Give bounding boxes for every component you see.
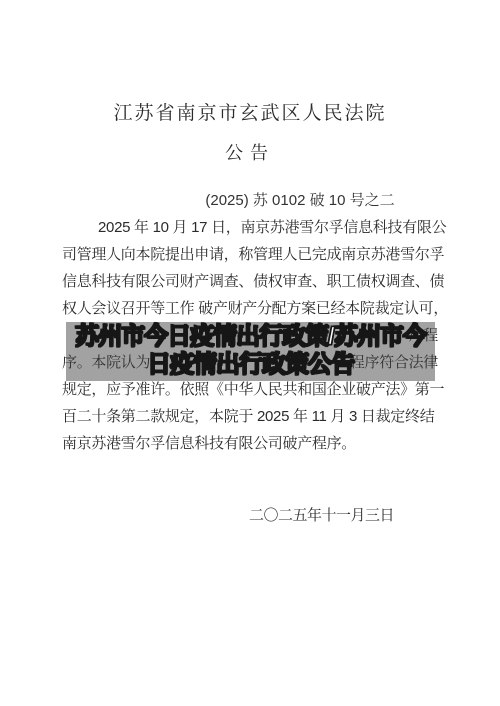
body-line: 南京苏港雪尔孚信息科技有限公司破产程序。 [62, 430, 438, 457]
body-line: 司管理人向本院提出申请，称管理人已完成南京苏港雪尔孚 [62, 241, 438, 268]
document-date: 二〇二五年十一月三日 [249, 504, 394, 525]
doc-type-title: 公告 [0, 139, 500, 165]
document-page: 江苏省南京市玄武区人民法院 公告 (2025) 苏 0102 破 10 号之二 … [0, 0, 500, 706]
case-number: (2025) 苏 0102 破 10 号之二 [0, 189, 500, 210]
body-line: 规定，应予准许。依照《中华人民共和国企业破产法》第一 [62, 376, 438, 403]
body-line: 百二十条第二款规定，本院于 2025 年 11 月 3 日裁定终结 [62, 403, 438, 430]
court-title: 江苏省南京市玄武区人民法院 [0, 98, 500, 125]
watermark-line: 苏州市今日疫情出行政策/苏州市今 [66, 323, 435, 351]
body-line: 信息科技有限公司财产调查、债权审查、职工债权调查、债 [62, 268, 438, 295]
body-line: 2025 年 10 月 17 日，南京苏港雪尔孚信息科技有限公 [62, 214, 438, 241]
body-line: 权人会议召开等工作 破产财产分配方案已经本院裁定认可， [62, 295, 438, 322]
watermark-overlay: 苏州市今日疫情出行政策/苏州市今 日疫情出行政策公告 [66, 323, 435, 379]
watermark-line: 日疫情出行政策公告 [66, 351, 435, 379]
